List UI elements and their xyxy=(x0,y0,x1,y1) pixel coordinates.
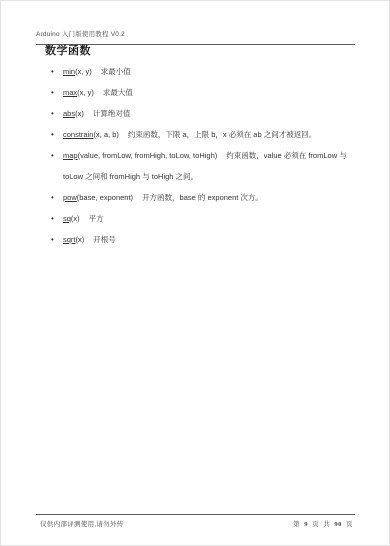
bullet-icon: • xyxy=(51,208,54,229)
list-item: •map(value, fromLow, fromHigh, toLow, to… xyxy=(51,145,354,187)
bullet-icon: • xyxy=(51,145,54,166)
list-item: •sq(x)平方 xyxy=(51,208,354,229)
function-desc: 开方函数，base 的 exponent 次方。 xyxy=(142,193,263,202)
function-name: sqrt xyxy=(63,235,76,244)
page-label-suf: 页 xyxy=(346,521,353,528)
page-indicator: 第 9 页 共 90 页 xyxy=(293,519,355,528)
function-name: map xyxy=(63,151,78,160)
function-name: max xyxy=(63,88,77,97)
function-args: (x, a, b) xyxy=(93,130,118,139)
function-desc: 约束函数，下限 a，上限 b，x 必须在 ab 之间才被返回。 xyxy=(128,130,316,139)
function-name: min xyxy=(63,67,75,76)
total-page-number: 90 xyxy=(334,521,342,528)
document-page: Arduino 入门版使用教程 V0.2 数学函数 •min(x, y)求最小值… xyxy=(0,0,390,546)
bullet-icon: • xyxy=(51,229,54,250)
bullet-icon: • xyxy=(51,124,54,145)
footer-notice: 仅供内部评测使用,请勿外传 xyxy=(36,519,124,528)
bullet-icon: • xyxy=(51,103,54,124)
bullet-icon: • xyxy=(51,61,54,82)
function-args: (base, exponent) xyxy=(77,193,133,202)
header-title: Arduino 入门版使用教程 V0.2 xyxy=(36,31,125,38)
list-item: •constrain(x, a, b)约束函数，下限 a，上限 b，x 必须在 … xyxy=(51,124,354,145)
function-desc: 开根号 xyxy=(93,235,116,244)
function-desc: 求最小值 xyxy=(101,67,131,76)
list-item: •abs(x)计算绝对值 xyxy=(51,103,354,124)
function-args: (x, y) xyxy=(77,88,94,97)
function-name: constrain xyxy=(63,130,93,139)
function-name: pow xyxy=(63,193,77,202)
list-item: •pow(base, exponent)开方函数，base 的 exponent… xyxy=(51,187,354,208)
function-list: •min(x, y)求最小值 •max(x, y)求最大值 •abs(x)计算绝… xyxy=(51,61,354,250)
function-name: sq xyxy=(63,214,71,223)
function-args: (x) xyxy=(71,214,80,223)
function-args: (x) xyxy=(75,109,84,118)
function-name: abs xyxy=(63,109,75,118)
bullet-icon: • xyxy=(51,82,54,103)
function-args: (x) xyxy=(76,235,85,244)
list-item: •max(x, y)求最大值 xyxy=(51,82,354,103)
list-item: •sqrt(x)开根号 xyxy=(51,229,354,250)
bullet-icon: • xyxy=(51,187,54,208)
page-footer: 仅供内部评测使用,请勿外传 第 9 页 共 90 页 xyxy=(36,514,355,528)
function-desc: 平方 xyxy=(89,214,104,223)
page-label-mid2: 共 xyxy=(323,521,330,528)
current-page-number: 9 xyxy=(304,521,308,528)
section-title: 数学函数 xyxy=(45,42,91,58)
function-desc: 求最大值 xyxy=(103,88,133,97)
function-desc: 计算绝对值 xyxy=(93,109,131,118)
function-args: (x, y) xyxy=(75,67,92,76)
page-label-pre: 第 xyxy=(293,521,300,528)
list-item: •min(x, y)求最小值 xyxy=(51,61,354,82)
function-args: (value, fromLow, fromHigh, toLow, toHigh… xyxy=(78,151,218,160)
page-label-mid1: 页 xyxy=(312,521,319,528)
